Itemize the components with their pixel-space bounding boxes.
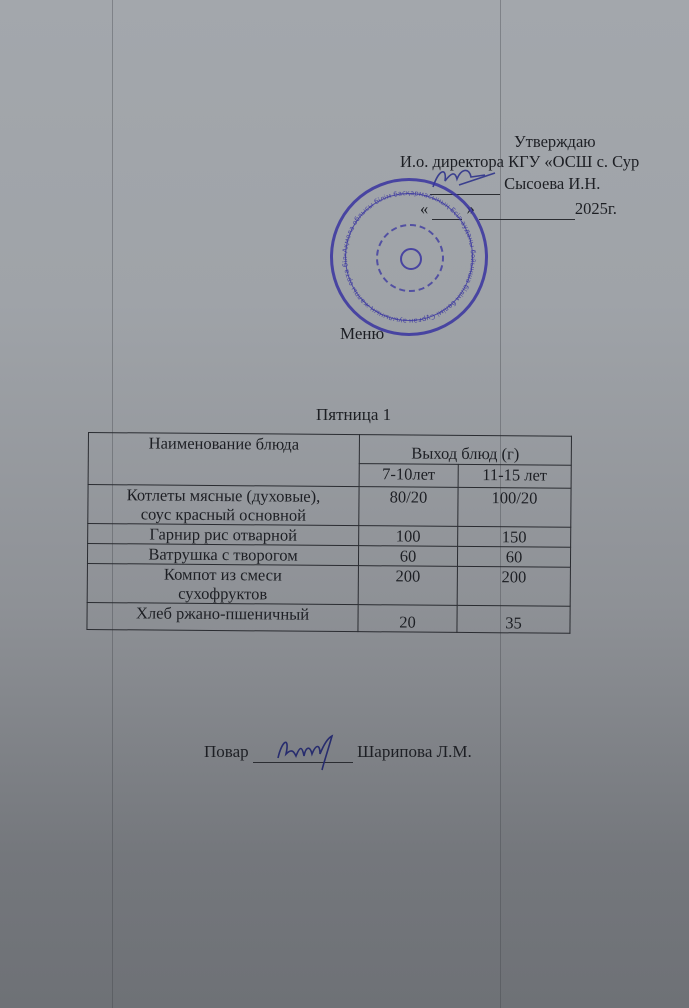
approver-name: Сысоева И.Н. [504,174,600,193]
dish-cell: Компот из смесисухофруктов [87,563,358,604]
portion-11-15: 100/20 [458,487,571,527]
portion-7-10: 60 [358,546,457,567]
cook-name: Шарипова Л.М. [357,742,472,761]
portion-7-10: 200 [358,566,457,606]
portion-11-15: 150 [458,526,571,547]
portion-11-15: 60 [457,546,570,567]
dish-cell: Ватрушка с творогом [87,544,358,566]
cook-signature [272,730,352,774]
portion-7-10: 80/20 [359,487,458,527]
table-row: Котлеты мясные (духовые),соус красный ос… [88,485,571,528]
portion-7-10: 100 [359,526,458,547]
header-age-7-10: 7-10лет [359,464,458,488]
cook-role: Повар [204,742,249,761]
seal-emblem [376,224,444,292]
approval-heading: Утверждаю [514,132,596,152]
dish-cell: Гарнир рис отварной [88,524,359,546]
menu-table: Наименование блюда Выход блюд (г) 7-10ле… [86,432,572,634]
portion-7-10: 20 [358,605,457,633]
official-seal: «Ақмола облысы білім басқармасының Есіл … [330,178,488,336]
dish-cell: Котлеты мясные (духовые),соус красный ос… [88,485,359,526]
date-month-blank [479,199,575,220]
header-dish-name: Наименование блюда [88,433,359,487]
header-age-11-15: 11-15 лет [458,464,571,488]
emblem-shanyrak-icon [400,248,422,270]
table-row: Компот из смесисухофруктов 200 200 [87,563,570,606]
table-row: Хлеб ржано-пшеничный 20 35 [87,602,570,633]
date-year: 2025г. [575,199,617,218]
menu-title: Меню [340,324,384,344]
header-output: Выход блюд (г) [359,435,571,466]
portion-11-15: 35 [457,605,570,633]
day-title: Пятница 1 [316,405,391,425]
seal-inner-ring [345,193,473,321]
portion-11-15: 200 [457,566,570,606]
dish-cell: Хлеб ржано-пшеничный [87,602,358,631]
